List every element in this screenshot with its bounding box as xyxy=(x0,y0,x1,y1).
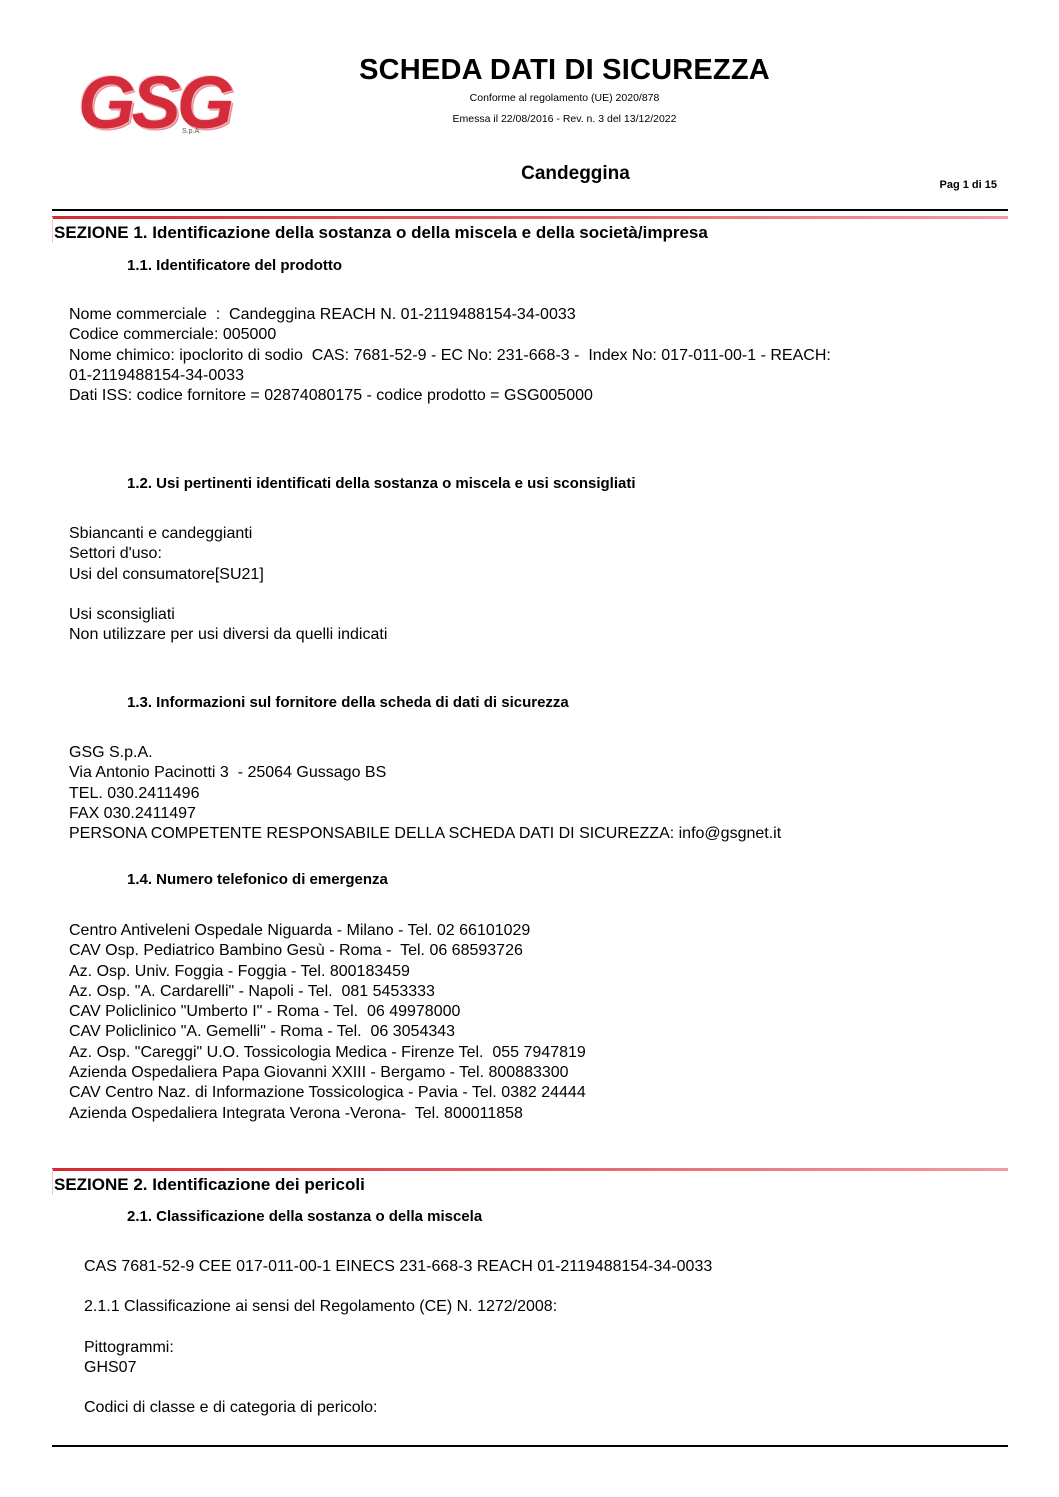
section1-accent-line xyxy=(52,216,1008,219)
document-title: SCHEDA DATI DI SICUREZZA xyxy=(0,54,1059,87)
uses-line xyxy=(69,585,387,605)
classification-line xyxy=(84,1317,557,1337)
classification-line: 2.1.1 Classificazione ai sensi del Regol… xyxy=(84,1297,557,1317)
uses-line: Non utilizzare per usi diversi da quelli… xyxy=(69,625,387,645)
subsection-2-1-title: 2.1. Classificazione della sostanza o de… xyxy=(127,1208,482,1225)
hazard-class-label: Codici di classe e di categoria di peric… xyxy=(84,1398,557,1418)
supplier-line: PERSONA COMPETENTE RESPONSABILE DELLA SC… xyxy=(69,824,781,844)
header-divider xyxy=(52,209,1008,211)
section2-accent-line xyxy=(52,1168,1008,1171)
emergency-number-item: Az. Osp. "Careggi" U.O. Tossicologia Med… xyxy=(69,1043,586,1063)
issue-revision: Emessa il 22/08/2016 - Rev. n. 3 del 13/… xyxy=(0,113,1059,125)
uses-line: Settori d'uso: xyxy=(69,544,387,564)
emergency-number-item: CAV Osp. Pediatrico Bambino Gesù - Roma … xyxy=(69,941,586,961)
uses-line: Usi sconsigliati xyxy=(69,605,387,625)
subsection-1-3-title: 1.3. Informazioni sul fornitore della sc… xyxy=(127,694,569,711)
identifier-codes: CAS 7681-52-9 CEE 017-011-00-1 EINECS 23… xyxy=(84,1257,712,1277)
pictogram-code: GHS07 xyxy=(84,1358,557,1378)
product-name: Candeggina xyxy=(0,163,1059,185)
footer-divider xyxy=(52,1445,1008,1447)
logo-suffix: S.p.A. xyxy=(182,128,201,135)
subsection-1-1-title: 1.1. Identificatore del prodotto xyxy=(127,257,342,274)
emergency-number-item: CAV Centro Naz. di Informazione Tossicol… xyxy=(69,1083,586,1103)
chemical-name-line: Nome chimico: ipoclorito di sodio CAS: 7… xyxy=(69,346,831,366)
supplier-block: GSG S.p.A. Via Antonio Pacinotti 3 - 250… xyxy=(69,743,781,844)
uses-block: Sbiancanti e candeggianti Settori d'uso:… xyxy=(69,524,387,646)
emergency-number-item: Az. Osp. "A. Cardarelli" - Napoli - Tel.… xyxy=(69,982,586,1002)
emergency-number-item: Azienda Ospedaliera Papa Giovanni XXIII … xyxy=(69,1063,586,1083)
classification-line xyxy=(84,1378,557,1398)
supplier-line: Via Antonio Pacinotti 3 - 25064 Gussago … xyxy=(69,763,781,783)
page-indicator: Pag 1 di 15 xyxy=(940,179,997,191)
emergency-numbers-list: Centro Antiveleni Ospedale Niguarda - Mi… xyxy=(69,921,586,1124)
reach-number-line: 01-2119488154-34-0033 xyxy=(69,366,831,386)
emergency-number-item: CAV Policlinico "A. Gemelli" - Roma - Te… xyxy=(69,1022,586,1042)
section2-title: SEZIONE 2. Identificazione dei pericoli xyxy=(54,1175,365,1195)
iss-data-line: Dati ISS: codice fornitore = 02874080175… xyxy=(69,386,831,406)
section1-left-accent xyxy=(52,217,53,243)
compliance-note: Conforme al regolamento (UE) 2020/878 xyxy=(0,92,1059,104)
emergency-number-item: Centro Antiveleni Ospedale Niguarda - Mi… xyxy=(69,921,586,941)
classification-block: 2.1.1 Classificazione ai sensi del Regol… xyxy=(84,1297,557,1419)
emergency-number-item: Azienda Ospedaliera Integrata Verona -Ve… xyxy=(69,1104,586,1124)
product-identifier-block: Nome commerciale : Candeggina REACH N. 0… xyxy=(69,305,831,406)
subsection-1-4-title: 1.4. Numero telefonico di emergenza xyxy=(127,871,388,888)
emergency-number-item: Az. Osp. Univ. Foggia - Foggia - Tel. 80… xyxy=(69,962,586,982)
trade-code-line: Codice commerciale: 005000 xyxy=(69,325,831,345)
uses-line: Usi del consumatore[SU21] xyxy=(69,565,387,585)
trade-name-line: Nome commerciale : Candeggina REACH N. 0… xyxy=(69,305,831,325)
uses-line: Sbiancanti e candeggianti xyxy=(69,524,387,544)
section2-left-accent xyxy=(52,1169,53,1195)
subsection-1-2-title: 1.2. Usi pertinenti identificati della s… xyxy=(127,475,636,492)
supplier-line: TEL. 030.2411496 xyxy=(69,784,781,804)
section1-title: SEZIONE 1. Identificazione della sostanz… xyxy=(54,223,708,243)
emergency-number-item: CAV Policlinico "Umberto I" - Roma - Tel… xyxy=(69,1002,586,1022)
supplier-line: GSG S.p.A. xyxy=(69,743,781,763)
pictograms-label: Pittogrammi: xyxy=(84,1338,557,1358)
supplier-line: FAX 030.2411497 xyxy=(69,804,781,824)
